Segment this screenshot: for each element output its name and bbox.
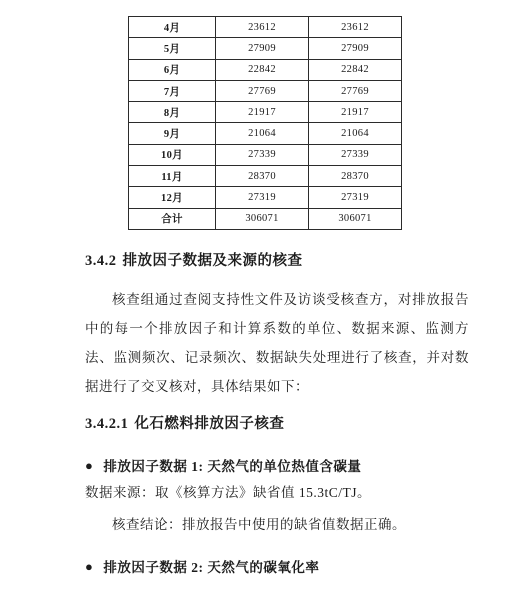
value-cell: 23612 (309, 17, 402, 38)
table-row: 4月 23612 23612 (129, 17, 402, 38)
month-cell: 6月 (129, 59, 216, 80)
document-page: 4月 23612 23612 5月 27909 27909 6月 22842 2… (0, 0, 525, 590)
value-cell: 21064 (309, 123, 402, 144)
value-cell: 23612 (216, 17, 309, 38)
value-cell: 21064 (216, 123, 309, 144)
value-cell: 27769 (216, 80, 309, 101)
table-row: 8月 21917 21917 (129, 102, 402, 123)
value-cell: 27319 (216, 187, 309, 208)
month-cell: 9月 (129, 123, 216, 144)
month-cell: 4月 (129, 17, 216, 38)
month-cell: 8月 (129, 102, 216, 123)
month-cell: 12月 (129, 187, 216, 208)
section-heading-3421: 3.4.2.1化石燃料排放因子核查 (85, 412, 469, 433)
table-row: 10月 27339 27339 (129, 144, 402, 165)
total-label-cell: 合计 (129, 208, 216, 229)
table-row: 9月 21064 21064 (129, 123, 402, 144)
value-cell: 27319 (309, 187, 402, 208)
emission-factor-item-2-label: 排放因子数据 2: 天然气的碳氧化率 (103, 560, 319, 575)
value-cell: 21917 (216, 102, 309, 123)
emission-factor-item-1: ●排放因子数据 1: 天然气的单位热值含碳量 (85, 455, 469, 475)
month-cell: 11月 (129, 166, 216, 187)
table-row: 12月 27319 27319 (129, 187, 402, 208)
verification-paragraph: 核查组通过查阅支持性文件及访谈受核查方，对排放报告中的每一个排放因子和计算系数的… (85, 285, 469, 401)
month-cell: 10月 (129, 144, 216, 165)
value-cell: 22842 (216, 59, 309, 80)
section-number: 3.4.2 (85, 253, 117, 269)
value-cell: 28370 (309, 166, 402, 187)
value-cell: 27909 (216, 38, 309, 59)
emission-factor-item-2: ●排放因子数据 2: 天然气的碳氧化率 (85, 556, 469, 576)
value-cell: 22842 (309, 59, 402, 80)
value-cell: 28370 (216, 166, 309, 187)
month-cell: 7月 (129, 80, 216, 101)
conclusion-line: 核查结论：排放报告中使用的缺省值数据正确。 (85, 513, 469, 533)
value-cell: 27339 (216, 144, 309, 165)
bullet-icon: ● (85, 559, 93, 575)
total-value-cell: 306071 (309, 208, 402, 229)
table-row: 7月 27769 27769 (129, 80, 402, 101)
emission-factor-item-1-label: 排放因子数据 1: 天然气的单位热值含碳量 (103, 459, 361, 474)
section-title: 排放因子数据及来源的核查 (123, 253, 303, 269)
table-row: 11月 28370 28370 (129, 166, 402, 187)
value-cell: 27339 (309, 144, 402, 165)
section-number: 3.4.2.1 (85, 416, 128, 432)
table-row: 6月 22842 22842 (129, 59, 402, 80)
value-cell: 27769 (309, 80, 402, 101)
data-source-line: 数据来源：取《核算方法》缺省值 15.3tC/TJ。 (85, 481, 469, 501)
table-row total-row: 合计 306071 306071 (129, 208, 402, 229)
bullet-icon: ● (85, 458, 93, 474)
value-cell: 21917 (309, 102, 402, 123)
month-cell: 5月 (129, 38, 216, 59)
monthly-data-table: 4月 23612 23612 5月 27909 27909 6月 22842 2… (128, 16, 402, 230)
total-value-cell: 306071 (216, 208, 309, 229)
section-title: 化石燃料排放因子核查 (134, 416, 284, 432)
table-row: 5月 27909 27909 (129, 38, 402, 59)
value-cell: 27909 (309, 38, 402, 59)
section-heading-342: 3.4.2排放因子数据及来源的核查 (85, 249, 469, 270)
